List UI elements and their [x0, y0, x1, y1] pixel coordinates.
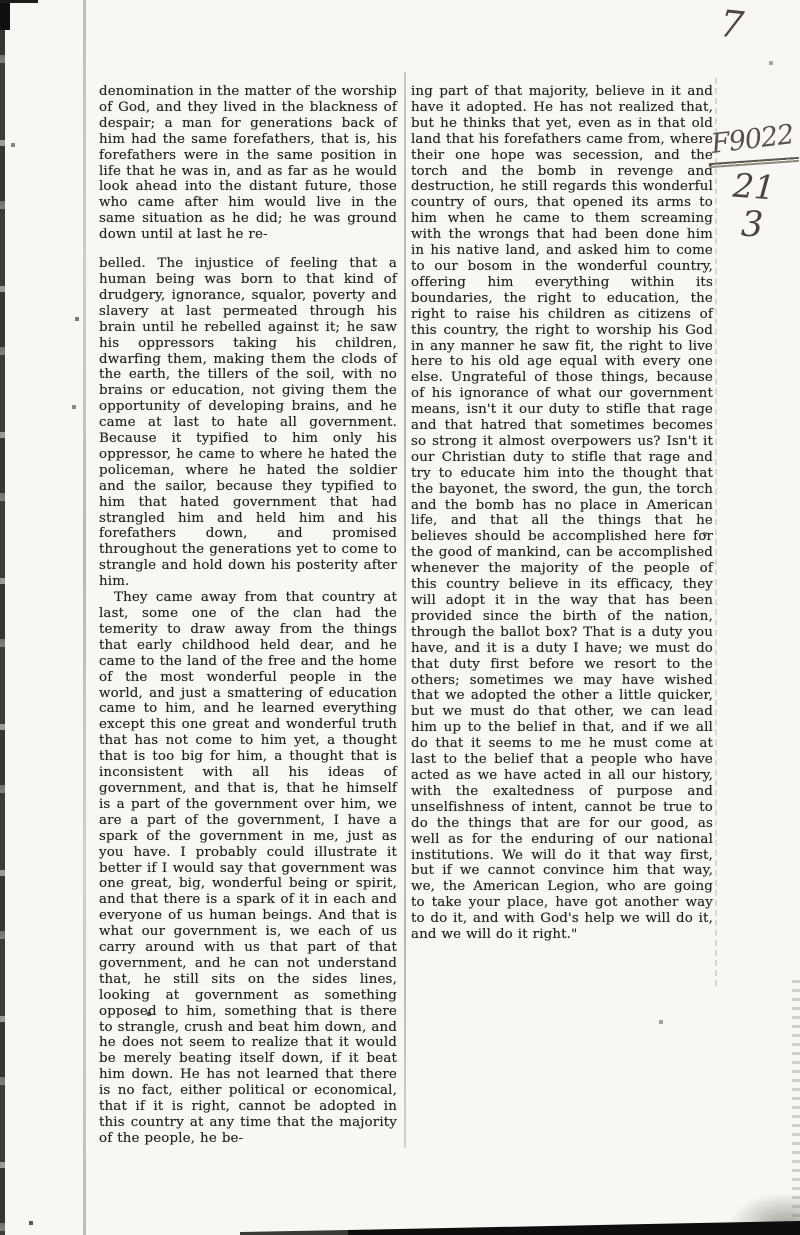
article-paragraph: belled. The injustice of feeling that a …	[99, 256, 397, 590]
scan-corner-mark	[0, 0, 10, 30]
article-column-left: denomination in the matter of the worshi…	[99, 84, 397, 1147]
paper-fold-line	[83, 0, 86, 1235]
column-divider-rule	[404, 72, 406, 1148]
scan-edge-noise-right	[792, 980, 800, 1235]
article-paragraph: They came away from that country at last…	[99, 590, 397, 1147]
article-paragraph: ing part of that majority, believe in it…	[411, 84, 713, 943]
article-paragraph: denomination in the matter of the worshi…	[99, 84, 397, 243]
scan-top-edge-mark	[0, 0, 38, 3]
handwritten-page-number: 7	[718, 5, 745, 44]
clipping-right-edge-line	[715, 78, 717, 986]
handwritten-file-code: F9022	[710, 121, 795, 158]
scan-specks	[0, 0, 2, 2]
article-column-right: ing part of that majority, believe in it…	[411, 84, 713, 943]
handwritten-note-3: 3	[740, 208, 763, 244]
scanned-page: denomination in the matter of the worshi…	[0, 0, 800, 1235]
handwritten-note-21: 21	[732, 169, 776, 205]
scan-bottom-edge-bar	[0, 1219, 800, 1235]
scan-edge-strip-left	[0, 0, 5, 1235]
